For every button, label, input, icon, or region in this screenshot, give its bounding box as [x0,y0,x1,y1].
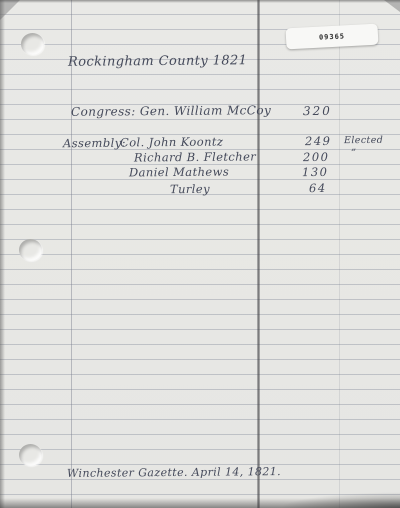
margin-rule-line [71,0,72,508]
page-fold-crease [257,0,260,508]
punch-hole-bottom [19,444,42,466]
source-citation: Winchester Gazette. April 14, 1821. [67,465,281,480]
assembly-candidate-name: Richard B. Fletcher [134,149,256,164]
scanned-page: 09365 Rockingham County 1821 Congress: G… [0,0,400,508]
assembly-vote-count: 130 [302,165,329,179]
assembly-candidate-name: Turley [170,182,210,196]
congress-candidate: Gen. William McCoy [140,103,271,118]
congress-entry: Congress: Gen. William McCoy [71,103,271,119]
assembly-candidate-name: Daniel Mathews [129,165,229,180]
punch-hole-top [21,33,44,55]
punch-hole-middle [19,239,42,261]
assembly-vote-count: 249 [305,134,332,148]
catalog-sticker: 09365 [286,24,379,50]
page-title: Rockingham County 1821 [68,53,247,70]
catalog-number: 09365 [319,32,345,41]
faint-scan-line [339,0,340,508]
assembly-vote-count: 64 [309,181,327,195]
assembly-ditto-mark: ” [351,148,357,159]
congress-label: Congress: [71,104,136,119]
assembly-label: Assembly: [63,136,126,151]
congress-vote-count: 320 [303,104,332,118]
notebook-paper: 09365 Rockingham County 1821 Congress: G… [0,0,400,508]
assembly-elected-note: Elected [344,135,383,146]
assembly-candidate-name: Col. John Koontz [120,135,223,150]
assembly-vote-count: 200 [303,150,330,164]
